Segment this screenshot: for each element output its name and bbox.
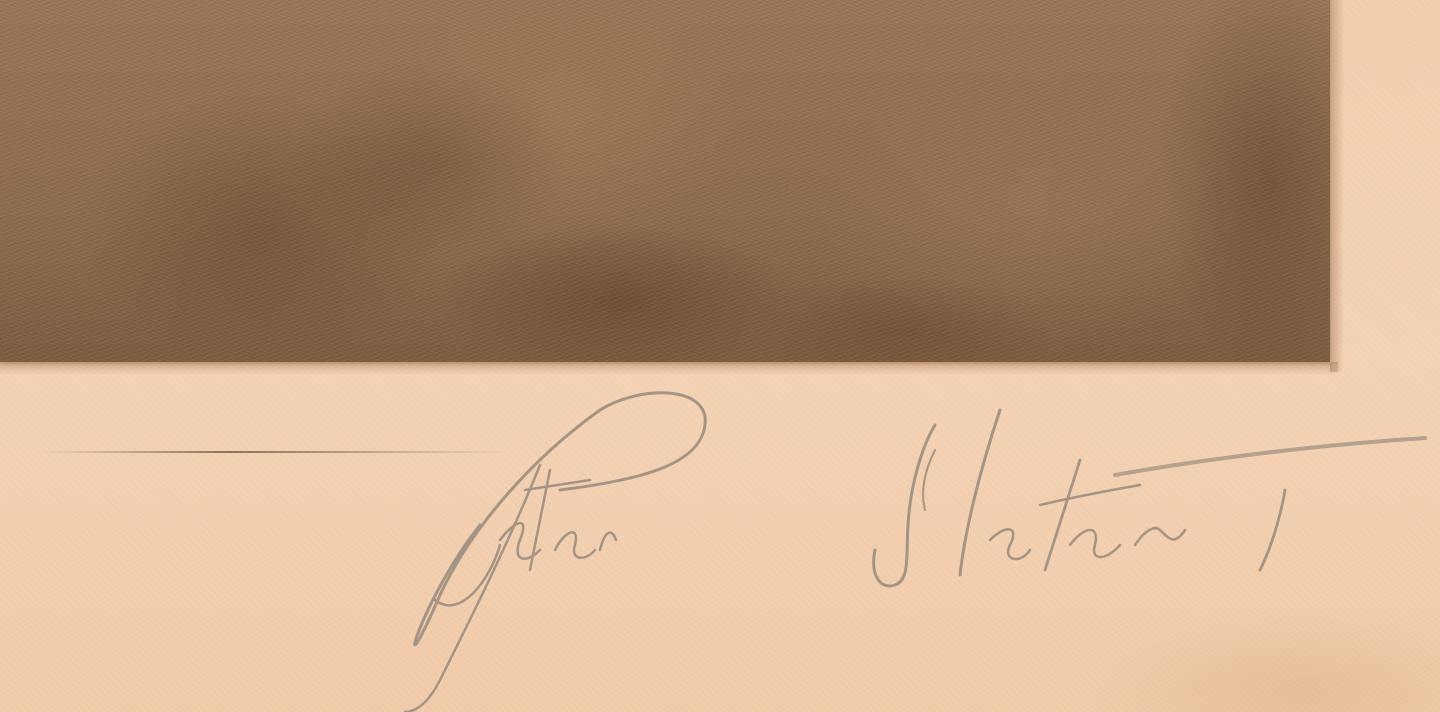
pencil-signature bbox=[380, 380, 1440, 712]
plate-mark-bottom bbox=[0, 362, 1338, 376]
plate-mark-right bbox=[1330, 0, 1344, 372]
artwork-photo: Peter Ilsted bbox=[0, 0, 1440, 712]
mezzotint-plate-area bbox=[0, 0, 1330, 362]
